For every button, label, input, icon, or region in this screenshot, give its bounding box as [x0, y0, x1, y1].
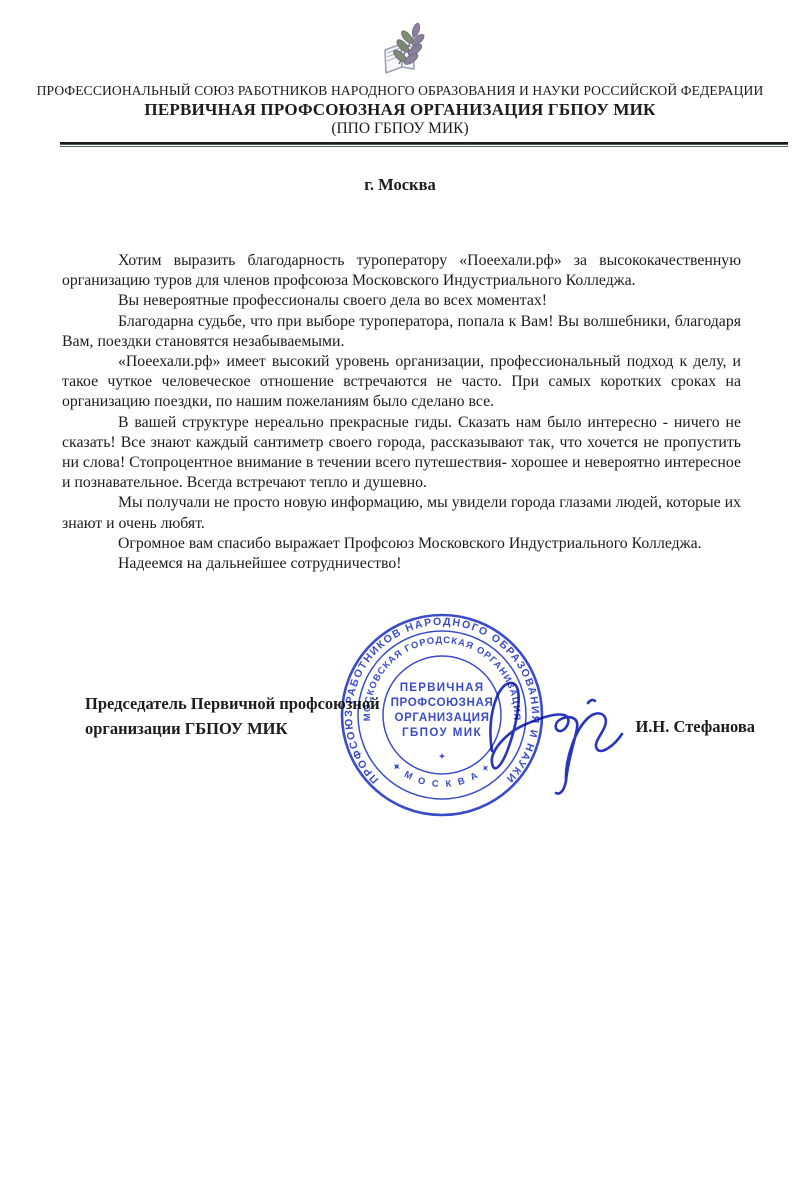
education-union-emblem-icon [371, 20, 429, 78]
body-paragraph: Огромное вам спасибо выражает Профсоюз М… [62, 534, 741, 554]
body-paragraph: В вашей структуре нереально прекрасные г… [62, 413, 741, 494]
body-paragraph: «Поеехали.рф» имеет высокий уровень орга… [62, 352, 741, 413]
divider-thin-line [60, 146, 788, 147]
organization-parent-name: ПРОФЕССИОНАЛЬНЫЙ СОЮЗ РАБОТНИКОВ НАРОДНО… [0, 83, 800, 99]
stamp-center-star: ✦ [439, 752, 446, 761]
body-paragraph: Мы получали не просто новую информацию, … [62, 493, 741, 533]
divider-thick-line [60, 142, 788, 145]
handwritten-signature [470, 655, 675, 800]
body-paragraph: Благодарна судьбе, что при выборе туропе… [62, 312, 741, 352]
organization-name: ПЕРВИЧНАЯ ПРОФСОЮЗНАЯ ОРГАНИЗАЦИЯ ГБПОУ … [0, 100, 800, 120]
city-line: г. Москва [0, 175, 800, 195]
body-paragraph: Вы невероятные профессионалы своего дела… [62, 291, 741, 311]
header-divider-rule [60, 142, 788, 147]
letter-body: Хотим выразить благодарность туроператор… [62, 251, 741, 574]
letterhead: ПРОФЕССИОНАЛЬНЫЙ СОЮЗ РАБОТНИКОВ НАРОДНО… [0, 0, 800, 147]
scanned-letter-page: ПРОФЕССИОНАЛЬНЫЙ СОЮЗ РАБОТНИКОВ НАРОДНО… [0, 0, 800, 1200]
body-paragraph: Надеемся на дальнейшее сотрудничество! [62, 554, 741, 574]
union-logo [0, 20, 800, 78]
body-paragraph: Хотим выразить благодарность туроператор… [62, 251, 741, 291]
organization-abbreviation: (ППО ГБПОУ МИК) [0, 120, 800, 138]
